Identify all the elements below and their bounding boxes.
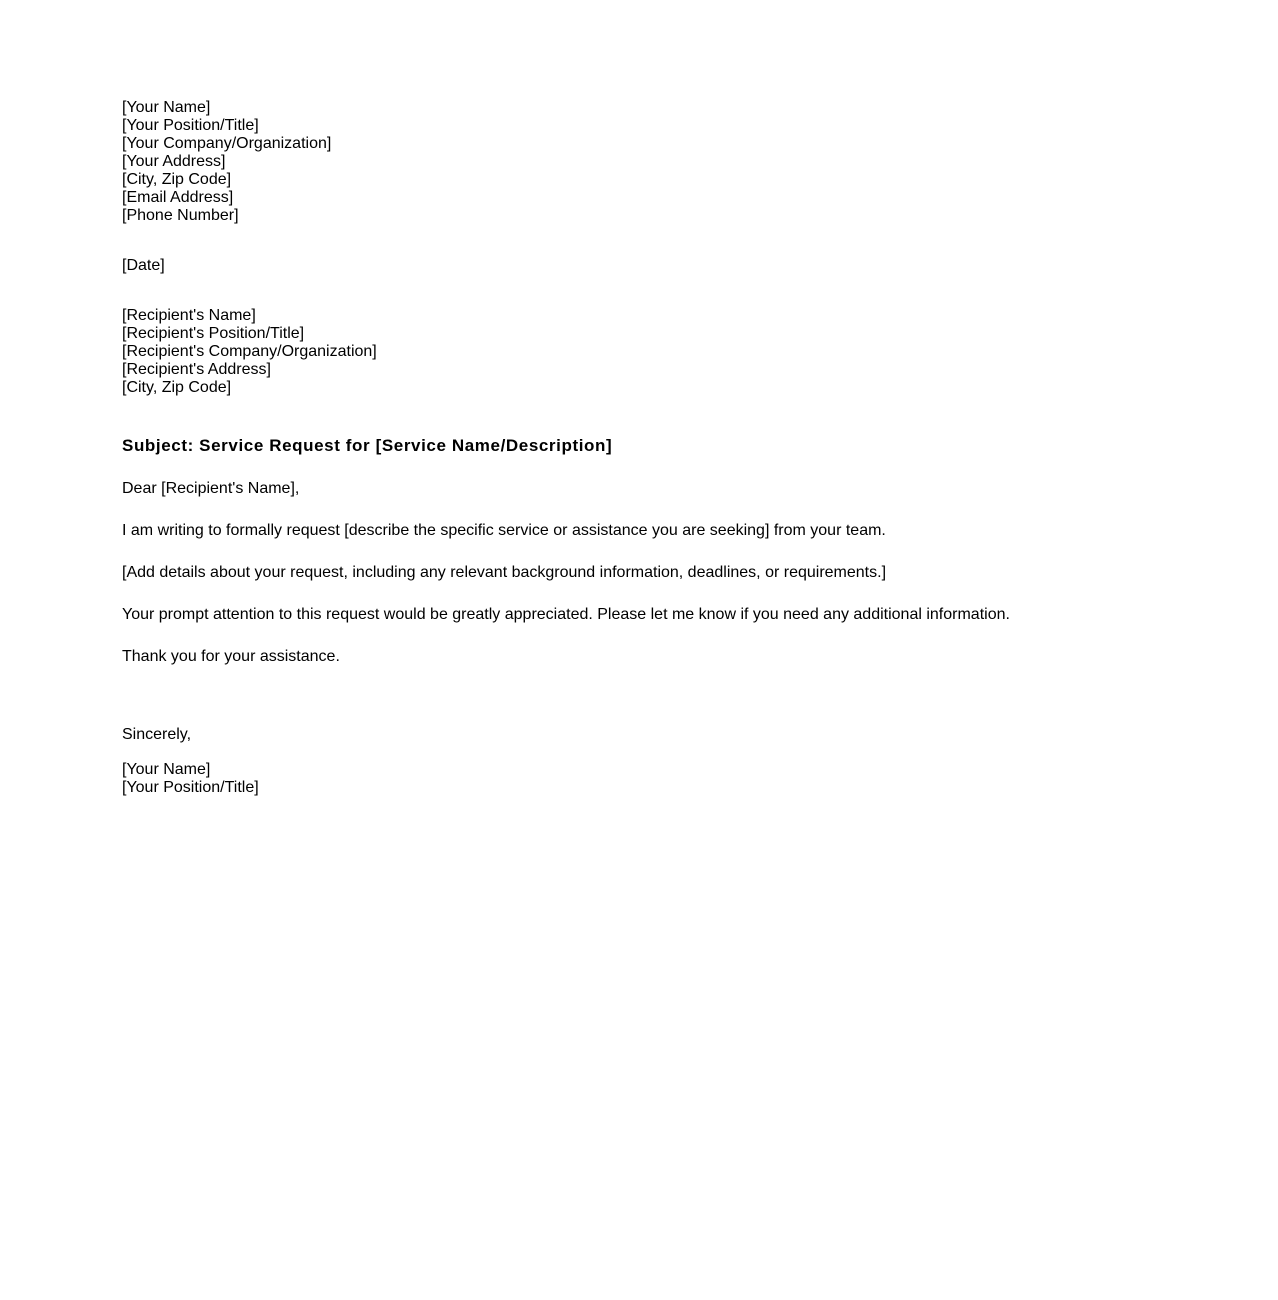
sender-address: [Your Address] (122, 153, 1162, 171)
sender-address-block: [Your Name] [Your Position/Title] [Your … (122, 99, 1162, 225)
signature-block: [Your Name] [Your Position/Title] (122, 761, 1162, 797)
recipient-position: [Recipient's Position/Title] (122, 325, 1162, 343)
body-paragraph-thanks: Thank you for your assistance. (122, 647, 1162, 667)
recipient-address: [Recipient's Address] (122, 361, 1162, 379)
body-paragraph-attention: Your prompt attention to this request wo… (122, 605, 1162, 625)
letter-date: [Date] (122, 257, 1162, 275)
sender-phone: [Phone Number] (122, 207, 1162, 225)
letter-document: [Your Name] [Your Position/Title] [Your … (122, 99, 1162, 797)
salutation: Dear [Recipient's Name], (122, 479, 1162, 499)
recipient-city-zip: [City, Zip Code] (122, 379, 1162, 397)
closing: Sincerely, (122, 725, 1162, 745)
sender-city-zip: [City, Zip Code] (122, 171, 1162, 189)
sender-name: [Your Name] (122, 99, 1162, 117)
body-paragraph-details: [Add details about your request, includi… (122, 563, 1162, 583)
sender-position: [Your Position/Title] (122, 117, 1162, 135)
recipient-company: [Recipient's Company/Organization] (122, 343, 1162, 361)
body-paragraph-request: I am writing to formally request [descri… (122, 521, 1162, 541)
sender-email: [Email Address] (122, 189, 1162, 207)
recipient-name: [Recipient's Name] (122, 307, 1162, 325)
recipient-address-block: [Recipient's Name] [Recipient's Position… (122, 307, 1162, 397)
signature-position: [Your Position/Title] (122, 779, 1162, 797)
sender-company: [Your Company/Organization] (122, 135, 1162, 153)
subject-line: Subject: Service Request for [Service Na… (122, 436, 1162, 456)
signature-name: [Your Name] (122, 761, 1162, 779)
